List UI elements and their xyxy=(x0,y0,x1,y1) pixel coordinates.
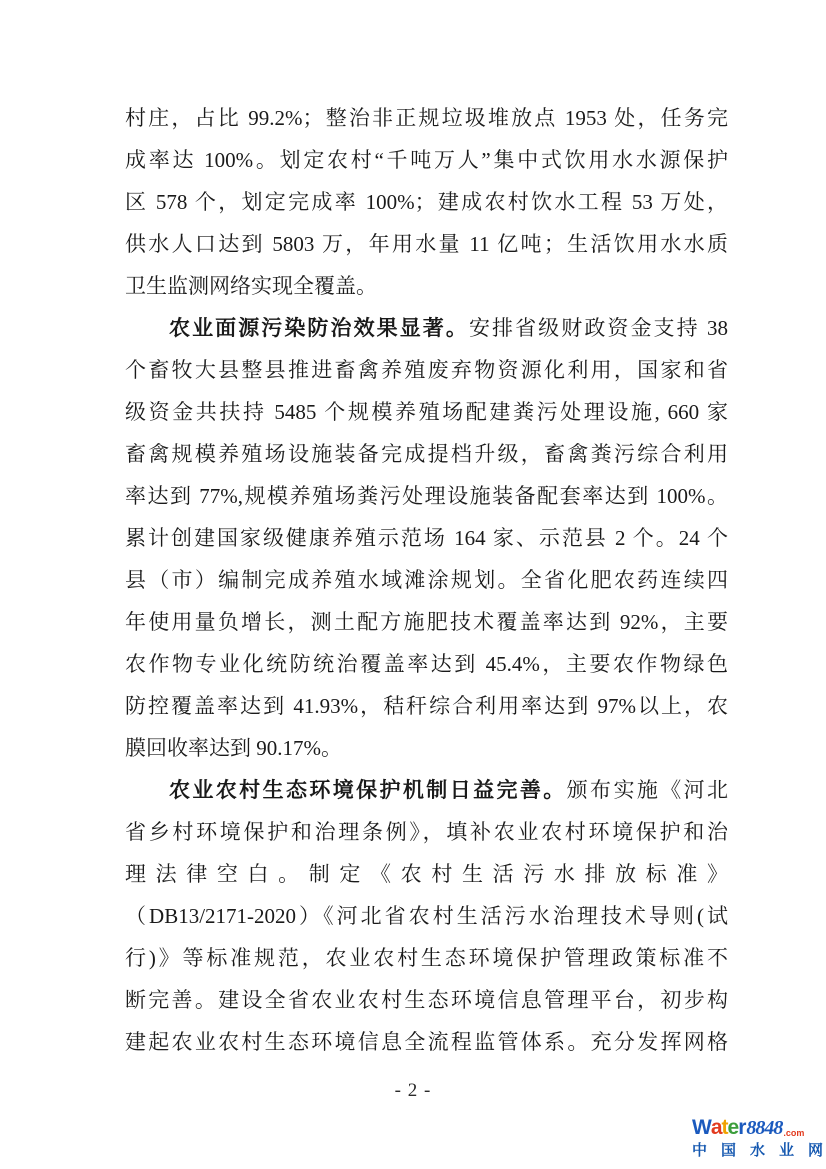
text-line: 率达到 77%,规模养殖场粪污处理设施装备配套率达到 100%。 xyxy=(125,475,728,517)
line-text: 区 578 个，划定完成率 100%；建成农村饮水工程 53 万处， xyxy=(125,190,728,214)
line-text: 级资金共扶持 5485 个规模养殖场配建粪污处理设施, 660 家 xyxy=(125,400,728,424)
text-line: 个畜牧大县整县推进畜禽养殖废弃物资源化利用，国家和省 xyxy=(125,349,728,391)
paragraph-heading: 农业农村生态环境保护机制日益完善。 xyxy=(169,779,567,802)
logo-letter-e: e xyxy=(728,1116,739,1140)
logo-letter-r: r xyxy=(738,1116,745,1140)
text-line: 年使用量负增长，测土配方施肥技术覆盖率达到 92%，主要 xyxy=(125,601,728,643)
line-text: 成率达 100%。划定农村“千吨万人”集中式饮用水水源保护 xyxy=(125,148,728,172)
text-line: 成率达 100%。划定农村“千吨万人”集中式饮用水水源保护 xyxy=(125,139,728,181)
line-text: 年使用量负增长，测土配方施肥技术覆盖率达到 92%，主要 xyxy=(125,610,728,634)
line-text: 累计创建国家级健康养殖示范场 164 家、示范县 2 个。24 个 xyxy=(125,526,728,550)
line-text: 县（市）编制完成养殖水域滩涂规划。全省化肥农药连续四 xyxy=(125,568,728,592)
line-text: 供水人口达到 5803 万，年用水量 11 亿吨；生活饮用水水质 xyxy=(125,232,728,256)
text-line: 防控覆盖率达到 41.93%，秸秆综合利用率达到 97%以上，农 xyxy=(125,685,728,727)
line-text: 率达到 77%,规模养殖场粪污处理设施装备配套率达到 100%。 xyxy=(125,484,728,508)
text-line: 行)》等标准规范，农业农村生态环境保护管理政策标准不 xyxy=(125,937,728,979)
text-line: 村庄，占比 99.2%；整治非正规垃圾堆放点 1953 处，任务完 xyxy=(125,97,728,139)
text-line: 建起农业农村生态环境信息全流程监管体系。充分发挥网格 xyxy=(125,1021,728,1063)
text-line: 农作物专业化统防统治覆盖率达到 45.4%，主要农作物绿色 xyxy=(125,643,728,685)
text-line: 膜回收率达到 90.17%。 xyxy=(125,727,728,769)
line-text: 卫生监测网络实现全覆盖。 xyxy=(125,274,377,298)
logo-tld: .com xyxy=(783,1126,804,1140)
text-line: 畜禽规模养殖场设施装备完成提档升级，畜禽粪污综合利用 xyxy=(125,433,728,475)
text-line: 断完善。建设全省农业农村生态环境信息管理平台，初步构 xyxy=(125,979,728,1021)
line-text: （DB13/2171-2020）《河北省农村生活污水治理技术导则(试 xyxy=(125,904,728,928)
text-line: （DB13/2171-2020）《河北省农村生活污水治理技术导则(试 xyxy=(125,895,728,937)
line-text: 防控覆盖率达到 41.93%，秸秆综合利用率达到 97%以上，农 xyxy=(125,694,728,718)
page-number: - 2 - xyxy=(0,1080,826,1102)
water8848-logo[interactable]: Water8848.com 中国水业网 xyxy=(692,1116,823,1160)
logo-number: 8848 xyxy=(746,1116,782,1140)
line-text: 安排省级财政资金支持 38 xyxy=(469,316,728,340)
text-line: 县（市）编制完成养殖水域滩涂规划。全省化肥农药连续四 xyxy=(125,559,728,601)
text-line: 级资金共扶持 5485 个规模养殖场配建粪污处理设施, 660 家 xyxy=(125,391,728,433)
text-line: 累计创建国家级健康养殖示范场 164 家、示范县 2 个。24 个 xyxy=(125,517,728,559)
text-line: 理法律空白。制定《农村生活污水排放标准》 xyxy=(125,853,728,895)
line-text: 村庄，占比 99.2%；整治非正规垃圾堆放点 1953 处，任务完 xyxy=(125,106,728,130)
document-body: 村庄，占比 99.2%；整治非正规垃圾堆放点 1953 处，任务完 成率达 10… xyxy=(125,97,728,1063)
line-text: 断完善。建设全省农业农村生态环境信息管理平台，初步构 xyxy=(125,988,728,1012)
line-text: 建起农业农村生态环境信息全流程监管体系。充分发挥网格 xyxy=(125,1030,728,1054)
line-text: 膜回收率达到 90.17%。 xyxy=(125,736,342,760)
text-line: 区 578 个，划定完成率 100%；建成农村饮水工程 53 万处， xyxy=(125,181,728,223)
line-text: 农作物专业化统防统治覆盖率达到 45.4%，主要农作物绿色 xyxy=(125,652,728,676)
logo-letter-w: W xyxy=(692,1116,711,1140)
line-text: 个畜牧大县整县推进畜禽养殖废弃物资源化利用，国家和省 xyxy=(125,358,728,382)
logo-wordmark: Water8848.com xyxy=(692,1116,823,1140)
text-line: 省乡村环境保护和治理条例》，填补农业农村环境保护和治 xyxy=(125,811,728,853)
text-line: 农业农村生态环境保护机制日益完善。颁布实施《河北 xyxy=(125,769,728,811)
line-text: 省乡村环境保护和治理条例》，填补农业农村环境保护和治 xyxy=(125,820,728,844)
paragraph-heading: 农业面源污染防治效果显著。 xyxy=(169,317,469,340)
line-text: 颁布实施《河北 xyxy=(567,778,728,802)
line-text: 理法律空白。制定《农村生活污水排放标准》 xyxy=(125,862,728,886)
logo-tagline: 中国水业网 xyxy=(692,1142,823,1160)
logo-letter-a: a xyxy=(711,1116,722,1140)
text-line: 卫生监测网络实现全覆盖。 xyxy=(125,265,728,307)
line-text: 行)》等标准规范，农业农村生态环境保护管理政策标准不 xyxy=(125,946,728,970)
line-text: 畜禽规模养殖场设施装备完成提档升级，畜禽粪污综合利用 xyxy=(125,442,728,466)
text-line: 供水人口达到 5803 万，年用水量 11 亿吨；生活饮用水水质 xyxy=(125,223,728,265)
text-line: 农业面源污染防治效果显著。安排省级财政资金支持 38 xyxy=(125,307,728,349)
